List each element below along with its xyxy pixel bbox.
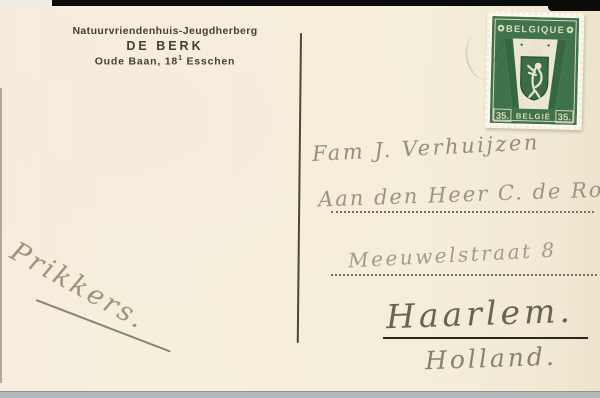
address-rule-solid [383, 337, 588, 339]
stamp-value-left: 35. [496, 111, 509, 122]
address-street-line: Meeuwelstraat 8 [348, 238, 558, 273]
address-country: Holland. [425, 342, 558, 376]
sender-note: Prikkers. [5, 236, 152, 336]
postcard-scan: Natuurvriendenhuis-Jeugdherberg DE BERK … [0, 0, 600, 398]
scan-left-edge [0, 88, 2, 383]
scan-top-right-edge [548, 0, 600, 11]
imprint-street: Oude Baan, 181 Esschen [56, 55, 274, 68]
imprint-street-text: Oude Baan, 18 [95, 56, 178, 68]
scan-top-left-edge [0, 0, 52, 9]
scan-top-edge [46, 0, 600, 6]
stamp-country-top-label: BELGIQUE [506, 24, 565, 36]
coat-of-arms [520, 57, 548, 101]
imprint-street-town: Esschen [183, 56, 236, 68]
postcard-back: Natuurvriendenhuis-Jeugdherberg DE BERK … [0, 0, 600, 392]
postage-stamp: BELGIQUE [485, 11, 585, 130]
printed-imprint: Natuurvriendenhuis-Jeugdherberg DE BERK … [56, 25, 274, 68]
stamp-value-right: 35. [558, 112, 571, 123]
address-recipient-line: Fam J. Verhuijzen [312, 130, 541, 166]
scan-bottom-edge [0, 391, 600, 398]
imprint-organization: Natuurvriendenhuis-Jeugdherberg [56, 25, 274, 37]
address-city: Haarlem. [385, 291, 574, 337]
imprint-name: DE BERK [56, 39, 274, 53]
stamp-artwork: BELGIQUE [490, 16, 580, 125]
address-rule-dotted [331, 274, 597, 276]
address-divider-line [297, 33, 302, 343]
address-rule-dotted [331, 211, 594, 213]
stamp-country-bottom-label: BELGIË [516, 112, 551, 122]
address-careof-line: Aan den Heer C. de Rooij [318, 176, 600, 211]
